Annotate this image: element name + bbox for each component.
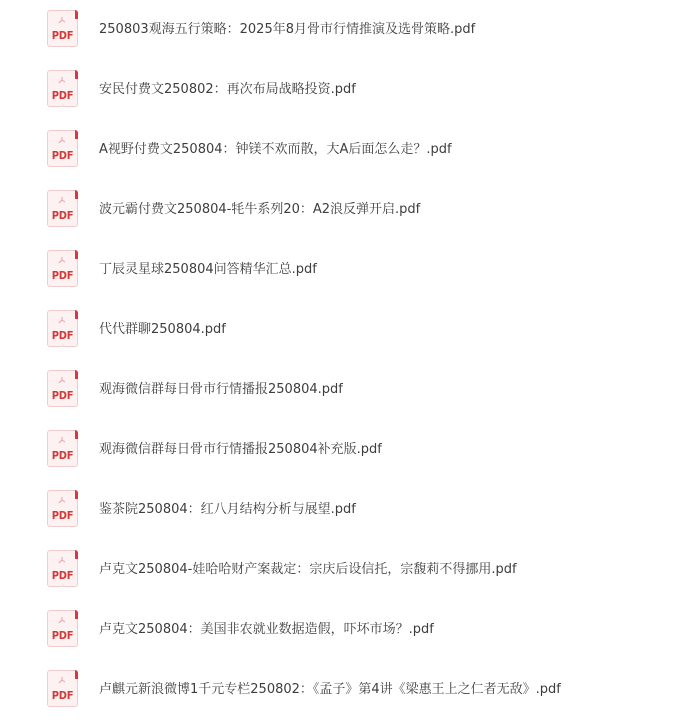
pdf-label: PDF [49, 690, 75, 702]
file-item[interactable]: PDF 丁辰灵星球250804问答精华汇总.pdf [0, 240, 674, 300]
pdf-file-icon: PDF [47, 10, 78, 47]
page-fold-accent [75, 370, 78, 379]
file-item[interactable]: PDF 波元霸付费文250804-牦牛系列20：A2浪反弹开启.pdf [0, 180, 674, 240]
acrobat-icon [57, 316, 67, 326]
file-item[interactable]: PDF A视野付费文250804：钟镁不欢而散，大A后面怎么走？.pdf [0, 120, 674, 180]
pdf-label: PDF [49, 390, 75, 402]
page-fold-accent [75, 610, 78, 619]
pdf-label: PDF [49, 510, 75, 522]
file-item[interactable]: PDF 安民付费文250802：再次布局战略投资.pdf [0, 60, 674, 120]
page-fold-accent [75, 250, 78, 259]
pdf-label: PDF [49, 30, 75, 42]
file-name[interactable]: 卢麒元新浪微博1千元专栏250802：《孟子》第4讲《梁惠王上之仁者无敌》.pd… [99, 681, 561, 699]
acrobat-icon [57, 76, 67, 86]
file-list: PDF 250803观海五行策略：2025年8月骨市行情推演及选骨策略.pdf … [0, 0, 674, 720]
pdf-label: PDF [49, 210, 75, 222]
file-name[interactable]: 卢克文250804-娃哈哈财产案裁定：宗庆后设信托，宗馥莉不得挪用.pdf [99, 561, 517, 579]
acrobat-icon [57, 616, 67, 626]
pdf-label: PDF [49, 90, 75, 102]
file-name[interactable]: 安民付费文250802：再次布局战略投资.pdf [99, 81, 356, 99]
page-fold-accent [75, 130, 78, 139]
acrobat-icon [57, 676, 67, 686]
page-fold-accent [75, 670, 78, 679]
file-item[interactable]: PDF 代代群聊250804.pdf [0, 300, 674, 360]
page-fold-accent [75, 310, 78, 319]
page-fold-accent [75, 70, 78, 79]
acrobat-icon [57, 376, 67, 386]
acrobat-icon [57, 136, 67, 146]
acrobat-icon [57, 496, 67, 506]
file-name[interactable]: A视野付费文250804：钟镁不欢而散，大A后面怎么走？.pdf [99, 141, 452, 159]
page-fold-accent [75, 430, 78, 439]
acrobat-icon [57, 16, 67, 26]
file-item[interactable]: PDF 观海微信群每日骨市行情播报250804.pdf [0, 360, 674, 420]
pdf-label: PDF [49, 450, 75, 462]
pdf-file-icon: PDF [47, 190, 78, 227]
pdf-file-icon: PDF [47, 370, 78, 407]
pdf-file-icon: PDF [47, 490, 78, 527]
acrobat-icon [57, 256, 67, 266]
file-item[interactable]: PDF 卢克文250804：美国非农就业数据造假，吓坏市场？.pdf [0, 600, 674, 660]
file-name[interactable]: 鉴茶院250804：红八月结构分析与展望.pdf [99, 501, 356, 519]
file-item[interactable]: PDF 250803观海五行策略：2025年8月骨市行情推演及选骨策略.pdf [0, 0, 674, 60]
page-fold-accent [75, 190, 78, 199]
file-name[interactable]: 观海微信群每日骨市行情播报250804.pdf [99, 381, 343, 399]
pdf-label: PDF [49, 270, 75, 282]
pdf-file-icon: PDF [47, 70, 78, 107]
pdf-label: PDF [49, 630, 75, 642]
file-item[interactable]: PDF 卢克文250804-娃哈哈财产案裁定：宗庆后设信托，宗馥莉不得挪用.pd… [0, 540, 674, 600]
pdf-file-icon: PDF [47, 250, 78, 287]
pdf-file-icon: PDF [47, 670, 78, 707]
file-item[interactable]: PDF 鉴茶院250804：红八月结构分析与展望.pdf [0, 480, 674, 540]
pdf-file-icon: PDF [47, 610, 78, 647]
file-item[interactable]: PDF 观海微信群每日骨市行情播报250804补充版.pdf [0, 420, 674, 480]
file-name[interactable]: 观海微信群每日骨市行情播报250804补充版.pdf [99, 441, 382, 459]
acrobat-icon [57, 196, 67, 206]
pdf-file-icon: PDF [47, 310, 78, 347]
page-fold-accent [75, 10, 78, 19]
pdf-label: PDF [49, 150, 75, 162]
pdf-file-icon: PDF [47, 550, 78, 587]
acrobat-icon [57, 436, 67, 446]
pdf-label: PDF [49, 330, 75, 342]
acrobat-icon [57, 556, 67, 566]
file-name[interactable]: 250803观海五行策略：2025年8月骨市行情推演及选骨策略.pdf [99, 21, 475, 39]
file-name[interactable]: 卢克文250804：美国非农就业数据造假，吓坏市场？.pdf [99, 621, 434, 639]
file-name[interactable]: 代代群聊250804.pdf [99, 321, 226, 339]
pdf-file-icon: PDF [47, 130, 78, 167]
pdf-label: PDF [49, 570, 75, 582]
pdf-file-icon: PDF [47, 430, 78, 467]
file-item[interactable]: PDF 卢麒元新浪微博1千元专栏250802：《孟子》第4讲《梁惠王上之仁者无敌… [0, 660, 674, 720]
file-name[interactable]: 波元霸付费文250804-牦牛系列20：A2浪反弹开启.pdf [99, 201, 420, 219]
page-fold-accent [75, 550, 78, 559]
file-name[interactable]: 丁辰灵星球250804问答精华汇总.pdf [99, 261, 317, 279]
page-fold-accent [75, 490, 78, 499]
